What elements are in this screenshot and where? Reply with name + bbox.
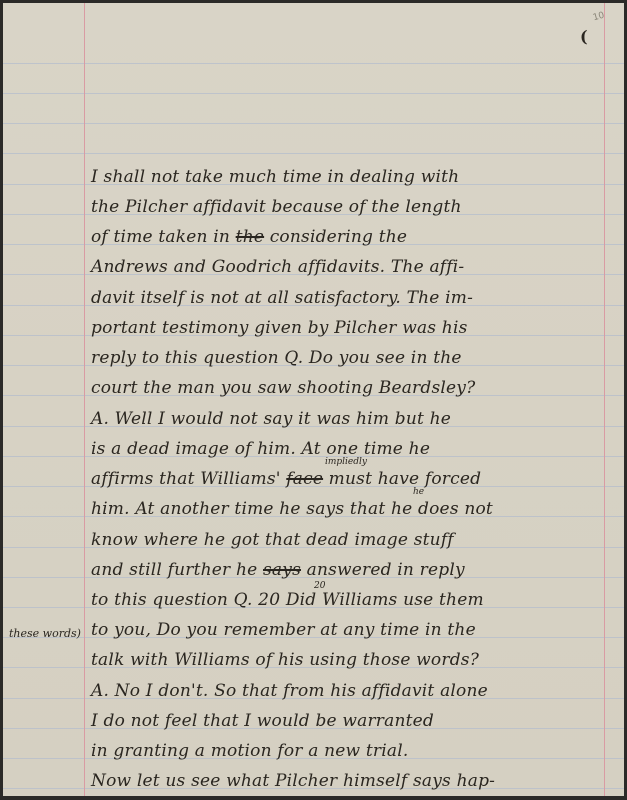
text-line: to you, Do you remember at any time in t…	[91, 619, 606, 641]
text-line: affirms that Williams' face must have fo…	[91, 468, 606, 490]
text-line: to this question Q. 20 Did Williams use …	[91, 589, 606, 611]
text-line: in granting a motion for a new trial.	[91, 740, 606, 762]
text-line: reply to this question Q. Do you see in …	[91, 347, 606, 369]
right-margin-line	[604, 3, 605, 796]
struck-text: the	[236, 227, 264, 247]
text-line: davit itself is not at all satisfactory.…	[91, 287, 606, 309]
line-text: of time taken in	[91, 227, 236, 247]
rule-line	[3, 153, 624, 154]
text-line: Now let us see what Pilcher himself says…	[91, 770, 606, 792]
line-text: portant testimony given by Pilcher was h…	[91, 318, 468, 338]
struck-text: face	[286, 469, 323, 489]
line-text: talk with Williams of his using those wo…	[91, 650, 479, 670]
line-text: must have forced	[323, 469, 481, 489]
line-text: the Pilcher affidavit because of the len…	[91, 197, 462, 217]
line-text: I shall not take much time in dealing wi…	[91, 167, 459, 187]
line-text: davit itself is not at all satisfactory.…	[91, 288, 473, 308]
text-line: I shall not take much time in dealing wi…	[91, 166, 606, 188]
text-line: him. At another time he says that he doe…	[91, 498, 606, 520]
text-line: know where he got that dead image stuff	[91, 529, 606, 551]
rule-line	[3, 123, 624, 124]
line-text: Now let us see what Pilcher himself says…	[91, 771, 495, 791]
line-text: considering the	[264, 227, 407, 247]
text-line: the Pilcher affidavit because of the len…	[91, 196, 606, 218]
line-text: to this question Q. 20 Did Williams use …	[91, 590, 484, 610]
text-line: A. No I don't. So that from his affidavi…	[91, 680, 606, 702]
interlinear-insertion: he	[413, 487, 424, 497]
text-line: portant testimony given by Pilcher was h…	[91, 317, 606, 339]
text-line: talk with Williams of his using those wo…	[91, 649, 606, 671]
line-text: affirms that Williams'	[91, 469, 286, 489]
line-text: answered in reply	[301, 560, 465, 580]
line-text: in granting a motion for a new trial.	[91, 741, 408, 761]
line-text: and still further he	[91, 560, 263, 580]
struck-text: says	[263, 560, 301, 580]
line-text: court the man you saw shooting Beardsley…	[91, 378, 475, 398]
interlinear-insertion: 20	[314, 581, 325, 591]
line-text: is a dead image of him. At one time he	[91, 439, 430, 459]
line-text: A. Well I would not say it was him but h…	[91, 409, 451, 429]
text-line: and still further he says answered in re…	[91, 559, 606, 581]
line-text: Andrews and Goodrich affidavits. The aff…	[91, 257, 464, 277]
left-margin-line	[84, 3, 85, 796]
text-line: I do not feel that I would be warranted	[91, 710, 606, 732]
line-text: reply to this question Q. Do you see in …	[91, 348, 462, 368]
corner-mark: (	[580, 27, 588, 46]
interlinear-insertion: impliedly	[325, 457, 367, 467]
rule-line	[3, 63, 624, 64]
text-line: of time taken in the considering the	[91, 226, 606, 248]
text-line: A. Well I would not say it was him but h…	[91, 408, 606, 430]
rule-line	[3, 93, 624, 94]
line-text: him. At another time he says that he doe…	[91, 499, 493, 519]
line-text: I do not feel that I would be warranted	[91, 711, 434, 731]
margin-note: these words)	[9, 627, 81, 640]
text-line: court the man you saw shooting Beardsley…	[91, 377, 606, 399]
line-text: A. No I don't. So that from his affidavi…	[91, 681, 488, 701]
text-line: Andrews and Goodrich affidavits. The aff…	[91, 256, 606, 278]
line-text: to you, Do you remember at any time in t…	[91, 620, 476, 640]
manuscript-page: 10 ( I shall not take much time in deali…	[3, 3, 624, 796]
line-text: know where he got that dead image stuff	[91, 530, 454, 550]
